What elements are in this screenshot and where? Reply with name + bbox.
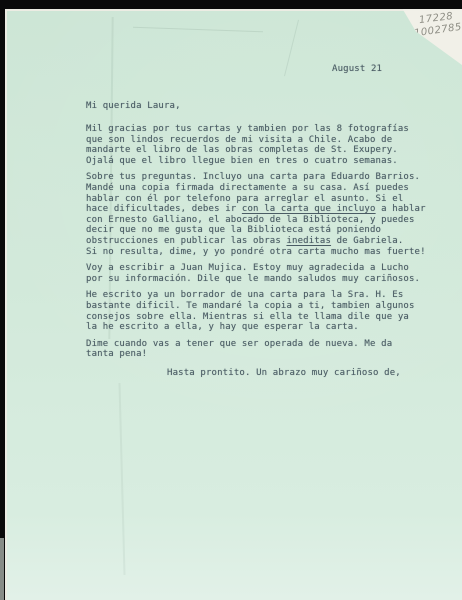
letter-date: August 21	[332, 64, 382, 75]
scan-edge-notch	[0, 538, 4, 600]
letter-closing: Hasta prontito. Un abrazo muy cariñoso d…	[167, 368, 426, 379]
letter-line: por su información. Dile que le mando sa…	[86, 274, 426, 285]
letter-line: tanta pena!	[86, 349, 426, 360]
letter-page: 17228 1002785 August 21 Mi querida Laura…	[5, 9, 462, 600]
letter-paragraph: Mil gracias por tus cartas y tambien por…	[86, 124, 426, 166]
letter-line: hace dificultades, debes ir con la carta…	[86, 204, 426, 215]
letter-line: Sobre tus preguntas. Incluyo una carta p…	[86, 172, 426, 183]
letter-paragraph: He escrito ya un borrador de una carta p…	[86, 290, 426, 332]
letter-line: Si no resulta, dime, y yo pondré otra ca…	[86, 247, 426, 258]
letter-line: bastante dificil. Te mandaré la copia a …	[86, 301, 426, 312]
letter-line: He escrito ya un borrador de una carta p…	[86, 290, 426, 301]
letter-line: la he escrito a ella, y hay que esperar …	[86, 322, 426, 333]
letter-line: con Ernesto Galliano, el abocado de la B…	[86, 215, 426, 226]
letter-line: que son lindos recuerdos de mi visita a …	[86, 135, 426, 146]
letter-line: hablar con él por telefono para arreglar…	[86, 194, 426, 205]
letter-line: Mil gracias por tus cartas y tambien por…	[86, 124, 426, 135]
letter-paragraph: Sobre tus preguntas. Incluyo una carta p…	[86, 172, 426, 257]
letter-line: Ojalá que el libro llegue bien en tres o…	[86, 156, 426, 167]
letter-line: consejos sobre ella. Mientras si ella te…	[86, 312, 426, 323]
typewritten-letter: August 21 Mi querida Laura, Mil gracias …	[7, 11, 462, 600]
letter-line: decir que no me gusta que la Biblioteca …	[86, 225, 426, 236]
letter-line: Voy a escribir a Juan Mujica. Estoy muy …	[86, 263, 426, 274]
letter-body: Mil gracias por tus cartas y tambien por…	[86, 124, 426, 378]
letter-paragraph: Dime cuando vas a tener que ser operada …	[86, 339, 426, 360]
letter-line: mandarte el libro de las obras completas…	[86, 145, 426, 156]
scan-background: 17228 1002785 August 21 Mi querida Laura…	[0, 0, 462, 600]
letter-paragraph: Voy a escribir a Juan Mujica. Estoy muy …	[86, 263, 426, 284]
letter-line: Dime cuando vas a tener que ser operada …	[86, 339, 426, 350]
letter-line: obstrucciones en publicar las obras ined…	[86, 236, 426, 247]
letter-line: Mandé una copia firmada directamente a s…	[86, 183, 426, 194]
letter-salutation: Mi querida Laura,	[86, 101, 181, 112]
